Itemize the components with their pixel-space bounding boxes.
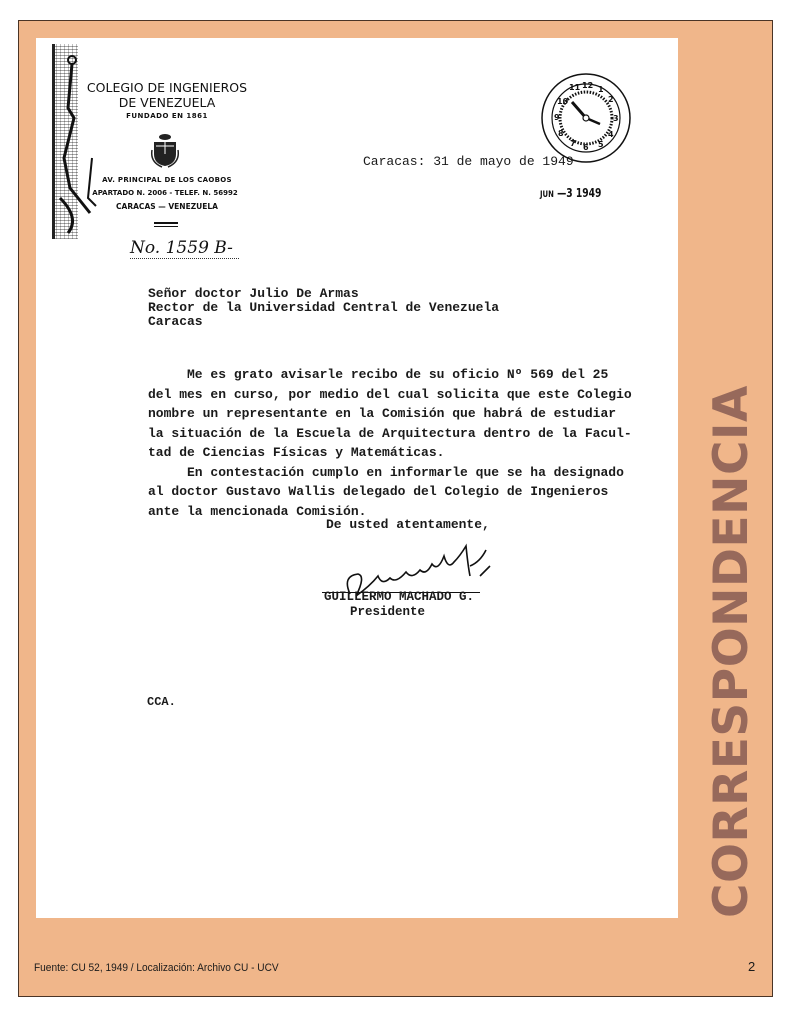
letterhead-address3: CARACAS — VENEZUELA <box>86 202 248 211</box>
letterhead-address2: APARTADO N. 2006 - TELEF. N. 56992 <box>80 189 250 197</box>
stamp-date: —3 1949 <box>557 186 601 200</box>
letterhead-rule <box>154 226 178 227</box>
recipient-line: Señor doctor Julio De Armas <box>148 287 499 301</box>
letterhead-rule <box>154 222 178 224</box>
body-line: nombre un representante en la Comisión q… <box>148 404 632 424</box>
svg-text:12: 12 <box>582 81 593 90</box>
signatory-title: Presidente <box>350 605 425 619</box>
svg-text:10: 10 <box>557 97 569 106</box>
body-line: la situación de la Escuela de Arquitectu… <box>148 424 632 444</box>
body-line: del mes en curso, por medio del cual sol… <box>148 385 632 405</box>
body-line: Me es grato avisarle recibo de su oficio… <box>148 365 632 385</box>
letterhead-org-line2: DE VENEZUELA <box>86 95 248 110</box>
svg-text:1: 1 <box>598 85 604 94</box>
recipient-block: Señor doctor Julio De ArmasRector de la … <box>148 287 499 329</box>
letterhead-address1: AV. PRINCIPAL DE LOS CAOBOS <box>86 176 248 184</box>
letterhead-founded: FUNDADO EN 1861 <box>86 112 248 120</box>
signatory-name: GUILLERMO MACHADO G. <box>324 590 474 604</box>
letter-body: Me es grato avisarle recibo de su oficio… <box>148 365 632 521</box>
svg-text:9: 9 <box>554 113 560 122</box>
page-number: 2 <box>748 959 755 974</box>
recipient-line: Caracas <box>148 315 499 329</box>
typist-initials: CCA. <box>147 695 176 709</box>
received-stamp: JUN —3 1949 <box>540 186 601 200</box>
letterhead-org-line1: COLEGIO DE INGENIEROS <box>86 80 248 95</box>
body-line: tad de Ciencias Físicas y Matemáticas. <box>148 443 632 463</box>
footer-source-caption: Fuente: CU 52, 1949 / Localización: Arch… <box>34 962 279 974</box>
svg-text:6: 6 <box>583 143 589 152</box>
body-line: En contestación cumplo en informarle que… <box>148 463 632 483</box>
stamp-month: JUN <box>540 190 554 200</box>
svg-text:8: 8 <box>558 129 564 138</box>
svg-text:2: 2 <box>608 95 614 104</box>
letter-closing: De usted atentamente, <box>326 517 490 532</box>
svg-text:4: 4 <box>608 130 614 139</box>
letter-date: Caracas: 31 de mayo de 1949 <box>363 154 574 169</box>
svg-text:7: 7 <box>570 139 576 148</box>
section-title: CORRESPONDENCIA <box>708 385 755 918</box>
body-line: al doctor Gustavo Wallis delegado del Co… <box>148 482 632 502</box>
reference-number: No. 1559 B- <box>130 238 239 259</box>
coat-of-arms-icon <box>150 132 180 168</box>
svg-text:5: 5 <box>598 140 604 149</box>
svg-text:3: 3 <box>613 114 619 123</box>
recipient-line: Rector de la Universidad Central de Vene… <box>148 301 499 315</box>
svg-text:11: 11 <box>569 83 581 92</box>
